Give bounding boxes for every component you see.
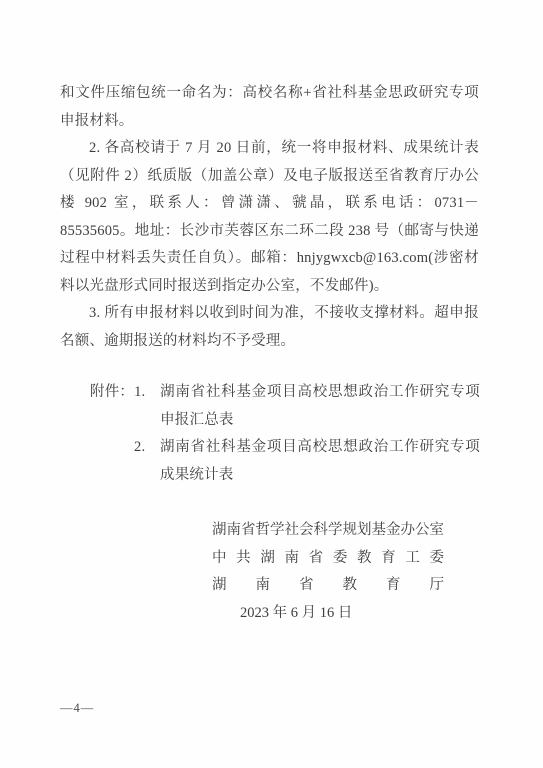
attachment-item: 附件： 1. 湖南省社科基金项目高校思想政治工作研究专项申报汇总表 — [60, 379, 480, 434]
signature-date: 2023 年 6 月 16 日 — [212, 600, 444, 628]
page-number: —4— — [60, 701, 94, 716]
attachment-item: 2. 湖南省社科基金项目高校思想政治工作研究专项成果统计表 — [60, 434, 480, 489]
attachment-number: 2. — [134, 434, 160, 462]
attachments-section: 附件： 1. 湖南省社科基金项目高校思想政治工作研究专项申报汇总表 2. 湖南省… — [60, 379, 480, 489]
attachment-number: 1. — [134, 379, 160, 407]
attachment-title: 湖南省社科基金项目高校思想政治工作研究专项成果统计表 — [160, 434, 480, 489]
signature-block: 湖南省哲学社会科学规划基金办公室 中共湖南省委教育工委 湖南省教育厅 2023 … — [212, 517, 444, 628]
paragraph-continuation: 和文件压缩包统一命名为：高校名称+省社科基金思政研究专项申报材料。 — [60, 80, 479, 135]
paragraph-point-2: 2. 各高校请于 7 月 20 日前，统一将申报材料、成果统计表（见附件 2）纸… — [60, 135, 479, 300]
document-page: 和文件压缩包统一命名为：高校名称+省社科基金思政研究专项申报材料。 2. 各高校… — [0, 0, 543, 768]
signature-org-education-department: 湖南省教育厅 — [212, 572, 444, 600]
signature-org-fund-office: 湖南省哲学社会科学规划基金办公室 — [212, 517, 444, 545]
signature-org-education-work-committee: 中共湖南省委教育工委 — [212, 545, 444, 573]
attachment-title: 湖南省社科基金项目高校思想政治工作研究专项申报汇总表 — [160, 379, 480, 434]
paragraph-point-3: 3. 所有申报材料以收到时间为准，不接收支撑材料。超申报名额、逾期报送的材料均不… — [60, 300, 479, 355]
document-body: 和文件压缩包统一命名为：高校名称+省社科基金思政研究专项申报材料。 2. 各高校… — [60, 80, 479, 355]
attachments-label: 附件： — [90, 379, 134, 407]
